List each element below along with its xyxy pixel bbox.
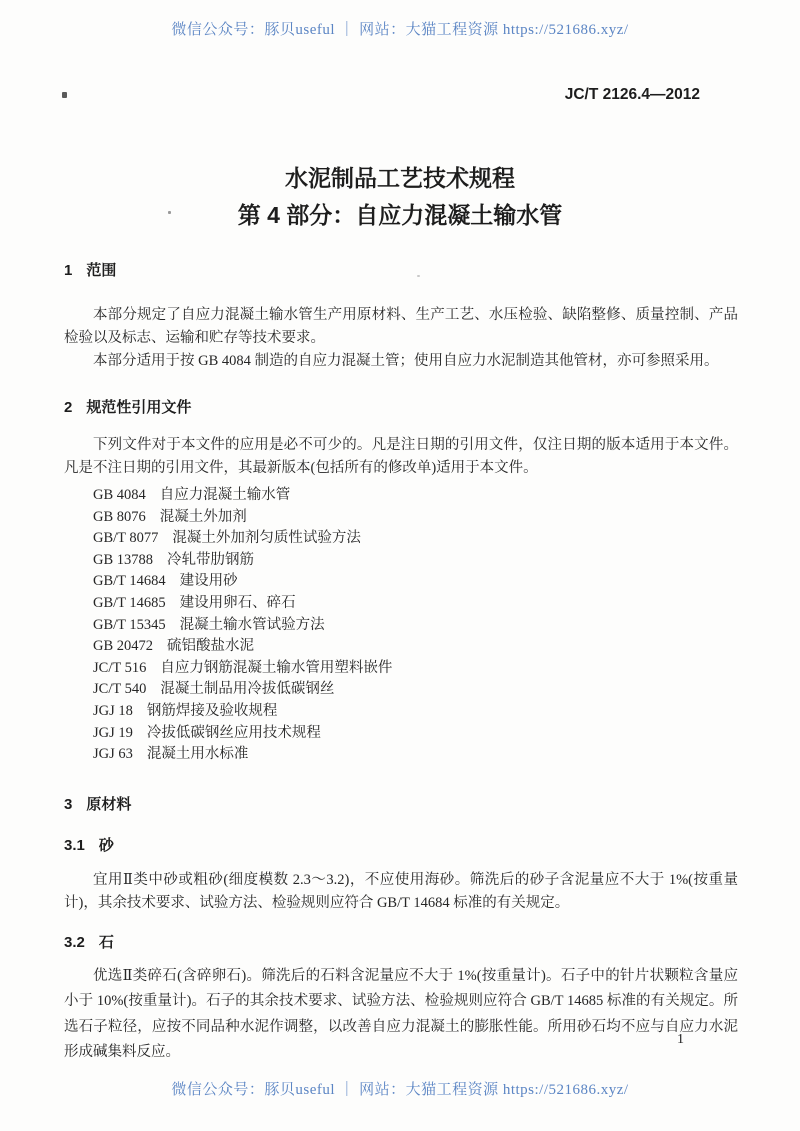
reference-code: GB 4084 <box>93 487 146 503</box>
reference-code: GB 13788 <box>93 552 153 568</box>
reference-title: 建设用砂 <box>180 573 238 589</box>
reference-code: JGJ 19 <box>93 725 133 741</box>
page-number: 1 <box>677 1032 684 1048</box>
scan-artifact-speck <box>62 92 67 98</box>
reference-title: 钢筋焊接及验收规程 <box>147 703 278 719</box>
reference-title: 混凝土外加剂匀质性试验方法 <box>172 530 361 546</box>
reference-code: GB/T 15345 <box>93 617 166 633</box>
reference-title: 建设用卵石、碎石 <box>180 595 296 611</box>
reference-item: GB/T 14684建设用砂 <box>64 571 738 593</box>
section-1-heading: 1范围 <box>64 262 738 280</box>
reference-title: 硫铝酸盐水泥 <box>167 638 254 654</box>
reference-title: 冷轧带肋钢筋 <box>167 552 254 568</box>
reference-title: 混凝土输水管试验方法 <box>180 617 325 633</box>
reference-title: 混凝土外加剂 <box>160 509 247 525</box>
document-title-line1: 水泥制品工艺技术规程 <box>0 160 800 197</box>
section-1-paragraph-2: 本部分适用于按 GB 4084 制造的自应力混凝土管；使用自应力水泥制造其他管材… <box>64 350 738 373</box>
reference-item: GB 8076混凝土外加剂 <box>64 507 738 529</box>
section-3-2-paragraph-1: 优选Ⅱ类碎石(含碎卵石)。筛洗后的石料含泥量应不大于 1%(按重量计)。石子中的… <box>64 964 738 1066</box>
document-page: 微信公众号：豚贝useful ｜ 网站：大猫工程资源 https://52168… <box>0 0 800 1131</box>
section-3-1-heading: 3.1砂 <box>64 837 738 855</box>
reference-title: 冷拔低碳钢丝应用技术规程 <box>147 725 321 741</box>
reference-title: 混凝土制品用冷拔低碳钢丝 <box>160 681 334 697</box>
normative-references-list: GB 4084自应力混凝土输水管 GB 8076混凝土外加剂 GB/T 8077… <box>64 485 738 766</box>
reference-code: JC/T 516 <box>93 660 146 676</box>
reference-item: JC/T 540混凝土制品用冷拔低碳钢丝 <box>64 679 738 701</box>
watermark-footer: 微信公众号：豚贝useful ｜ 网站：大猫工程资源 https://52168… <box>0 1078 800 1099</box>
section-3-title: 原材料 <box>86 796 131 813</box>
document-title: 水泥制品工艺技术规程 第 4 部分：自应力混凝土输水管 <box>0 160 800 234</box>
reference-item: JGJ 19冷拔低碳钢丝应用技术规程 <box>64 723 738 745</box>
section-2-number: 2 <box>64 399 72 416</box>
reference-title: 自应力混凝土输水管 <box>160 487 291 503</box>
section-1-number: 1 <box>64 262 72 279</box>
document-body: 1范围 本部分规定了自应力混凝土输水管生产用原材料、生产工艺、水压检验、缺陷整修… <box>64 252 738 1066</box>
reference-item: GB/T 8077混凝土外加剂匀质性试验方法 <box>64 528 738 550</box>
watermark-header: 微信公众号：豚贝useful ｜ 网站：大猫工程资源 https://52168… <box>0 18 800 39</box>
section-3-heading: 3原材料 <box>64 796 738 814</box>
reference-item: JC/T 516自应力钢筋混凝土输水管用塑料嵌件 <box>64 658 738 680</box>
section-3-1-paragraph-1: 宜用Ⅱ类中砂或粗砂(细度模数 2.3～3.2)，不应使用海砂。筛洗后的砂子含泥量… <box>64 869 738 915</box>
reference-code: GB/T 14684 <box>93 573 166 589</box>
reference-item: GB 20472硫铝酸盐水泥 <box>64 636 738 658</box>
reference-code: JGJ 18 <box>93 703 133 719</box>
section-2-paragraph-1: 下列文件对于本文件的应用是必不可少的。凡是注日期的引用文件，仅注日期的版本适用于… <box>64 434 738 480</box>
section-3-1-number: 3.1 <box>64 837 85 854</box>
reference-item: GB 13788冷轧带肋钢筋 <box>64 550 738 572</box>
reference-item: GB/T 15345混凝土输水管试验方法 <box>64 615 738 637</box>
reference-code: GB/T 8077 <box>93 530 158 546</box>
reference-title: 自应力钢筋混凝土输水管用塑料嵌件 <box>160 660 392 676</box>
reference-code: JGJ 63 <box>93 746 133 762</box>
section-2-heading: 2规范性引用文件 <box>64 399 738 417</box>
reference-item: GB 4084自应力混凝土输水管 <box>64 485 738 507</box>
section-2-title: 规范性引用文件 <box>86 399 191 416</box>
section-3-2-heading: 3.2石 <box>64 934 738 952</box>
section-3-1-title: 砂 <box>99 837 114 854</box>
section-3-2-title: 石 <box>99 934 114 951</box>
reference-item: JGJ 18钢筋焊接及验收规程 <box>64 701 738 723</box>
document-title-line2: 第 4 部分：自应力混凝土输水管 <box>0 197 800 234</box>
section-3-2-number: 3.2 <box>64 934 85 951</box>
section-3-number: 3 <box>64 796 72 813</box>
reference-code: GB 8076 <box>93 509 146 525</box>
reference-title: 混凝土用水标准 <box>147 746 249 762</box>
standard-number: JC/T 2126.4—2012 <box>565 86 700 104</box>
reference-item: GB/T 14685建设用卵石、碎石 <box>64 593 738 615</box>
reference-code: GB/T 14685 <box>93 595 166 611</box>
reference-code: JC/T 540 <box>93 681 146 697</box>
section-1-title: 范围 <box>86 262 116 279</box>
reference-item: JGJ 63混凝土用水标准 <box>64 744 738 766</box>
reference-code: GB 20472 <box>93 638 153 654</box>
section-1-paragraph-1: 本部分规定了自应力混凝土输水管生产用原材料、生产工艺、水压检验、缺陷整修、质量控… <box>64 304 738 350</box>
